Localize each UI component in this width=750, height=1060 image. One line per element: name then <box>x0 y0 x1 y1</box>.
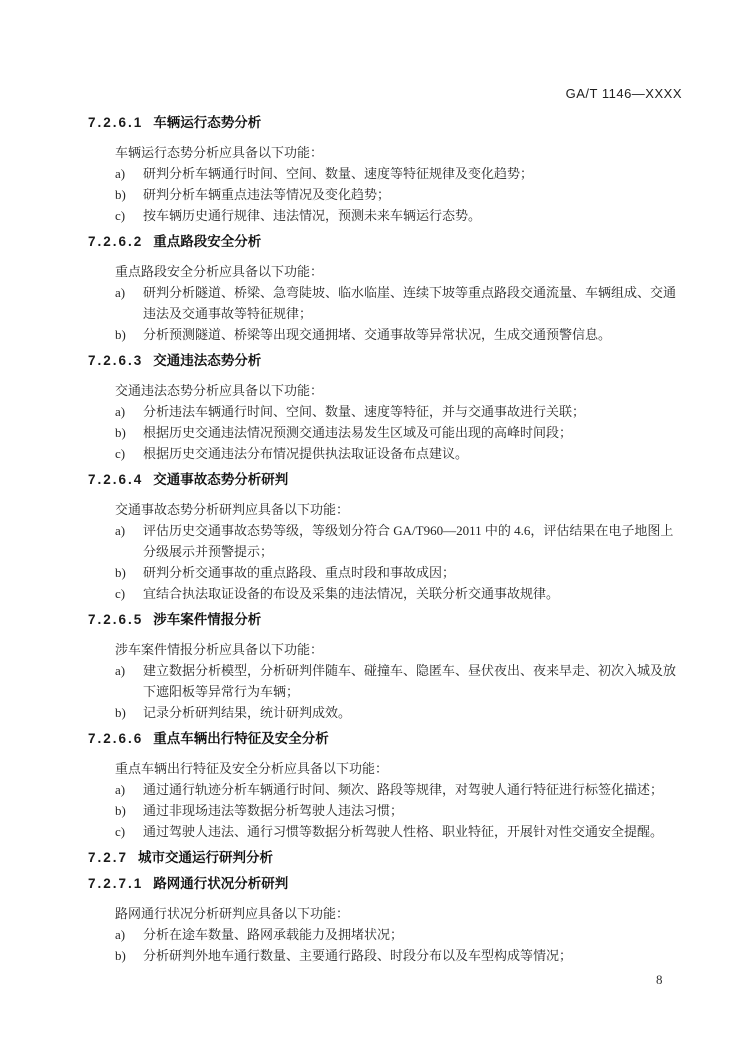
section-items: a) 评估历史交通事故态势等级，等级划分符合 GA/T960—2011 中的 4… <box>115 520 682 604</box>
list-item-label: b) <box>115 422 143 443</box>
section: 7.2.6.1车辆运行态势分析 车辆运行态势分析应具备以下功能： a) 研判分析… <box>88 112 682 226</box>
list-item-text: 宜结合执法取证设备的布设及采集的违法情况，关联分析交通事故规律。 <box>143 583 682 604</box>
section-number: 7.2.6.1 <box>88 115 143 130</box>
list-item-text: 分析违法车辆通行时间、空间、数量、速度等特征，并与交通事故进行关联； <box>143 401 682 422</box>
section-items: a) 研判分析隧道、桥梁、急弯陡坡、临水临崖、连续下坡等重点路段交通流量、车辆组… <box>115 282 682 345</box>
list-item: b) 记录分析研判结果，统计研判成效。 <box>115 702 682 723</box>
list-item: a) 分析在途车数量、路网承载能力及拥堵状况； <box>115 924 682 945</box>
section-title: 交通违法态势分析 <box>153 353 261 368</box>
section-items: a) 研判分析车辆通行时间、空间、数量、速度等特征规律及变化趋势； b) 研判分… <box>115 163 682 226</box>
section-heading: 7.2.6.3交通违法态势分析 <box>88 350 682 371</box>
list-item: b) 分析预测隧道、桥梁等出现交通拥堵、交通事故等异常状况，生成交通预警信息。 <box>115 324 682 345</box>
list-item-text: 根据历史交通违法分布情况提供执法取证设备布点建议。 <box>143 443 682 464</box>
section-intro: 重点路段安全分析应具备以下功能： <box>115 261 682 282</box>
section-items: a) 分析违法车辆通行时间、空间、数量、速度等特征，并与交通事故进行关联； b)… <box>115 401 682 464</box>
list-item-label: b) <box>115 184 143 205</box>
list-item: a) 分析违法车辆通行时间、空间、数量、速度等特征，并与交通事故进行关联； <box>115 401 682 422</box>
section: 7.2.6.2重点路段安全分析 重点路段安全分析应具备以下功能： a) 研判分析… <box>88 226 682 345</box>
section-intro: 交通违法态势分析应具备以下功能： <box>115 380 682 401</box>
list-item-text: 分析预测隧道、桥梁等出现交通拥堵、交通事故等异常状况，生成交通预警信息。 <box>143 324 682 345</box>
list-item: b) 通过非现场违法等数据分析驾驶人违法习惯； <box>115 800 682 821</box>
list-item: a) 研判分析隧道、桥梁、急弯陡坡、临水临崖、连续下坡等重点路段交通流量、车辆组… <box>115 282 682 324</box>
section-items: a) 建立数据分析模型，分析研判伴随车、碰撞车、隐匿车、昼伏夜出、夜来早走、初次… <box>115 660 682 723</box>
list-item-text: 记录分析研判结果，统计研判成效。 <box>143 702 682 723</box>
list-item: a) 研判分析车辆通行时间、空间、数量、速度等特征规律及变化趋势； <box>115 163 682 184</box>
list-item-label: c) <box>115 205 143 226</box>
section-number: 7.2.7.1 <box>88 876 143 891</box>
list-item-label: a) <box>115 163 143 184</box>
section-heading: 7.2.6.5涉车案件情报分析 <box>88 609 682 630</box>
section-number: 7.2.6.3 <box>88 353 143 368</box>
list-item-label: b) <box>115 945 143 966</box>
list-item-text: 研判分析车辆通行时间、空间、数量、速度等特征规律及变化趋势； <box>143 163 682 184</box>
list-item-text: 建立数据分析模型，分析研判伴随车、碰撞车、隐匿车、昼伏夜出、夜来早走、初次入城及… <box>143 660 682 702</box>
section-heading: 7.2.6.4交通事故态势分析研判 <box>88 469 682 490</box>
section-title: 重点车辆出行特征及安全分析 <box>153 731 329 746</box>
document-content: 7.2.6.1车辆运行态势分析 车辆运行态势分析应具备以下功能： a) 研判分析… <box>88 112 682 966</box>
list-item-text: 分析研判外地车通行数量、主要通行路段、时段分布以及车型构成等情况； <box>143 945 682 966</box>
list-item-text: 分析在途车数量、路网承载能力及拥堵状况； <box>143 924 682 945</box>
list-item: c) 根据历史交通违法分布情况提供执法取证设备布点建议。 <box>115 443 682 464</box>
section-number: 7.2.6.4 <box>88 472 143 487</box>
list-item: c) 宜结合执法取证设备的布设及采集的违法情况，关联分析交通事故规律。 <box>115 583 682 604</box>
list-item: a) 评估历史交通事故态势等级，等级划分符合 GA/T960—2011 中的 4… <box>115 520 682 562</box>
list-item-label: b) <box>115 562 143 583</box>
list-item-text: 通过通行轨迹分析车辆通行时间、频次、路段等规律，对驾驶人通行特征进行标签化描述； <box>143 779 682 800</box>
list-item-text: 按车辆历史通行规律、违法情况，预测未来车辆运行态势。 <box>143 205 682 226</box>
section-intro: 涉车案件情报分析应具备以下功能： <box>115 639 682 660</box>
list-item: b) 分析研判外地车通行数量、主要通行路段、时段分布以及车型构成等情况； <box>115 945 682 966</box>
document-header-code: GA/T 1146—XXXX <box>0 86 682 101</box>
section: 7.2.6.5涉车案件情报分析 涉车案件情报分析应具备以下功能： a) 建立数据… <box>88 604 682 723</box>
list-item-text: 通过驾驶人违法、通行习惯等数据分析驾驶人性格、职业特征，开展针对性交通安全提醒。 <box>143 821 682 842</box>
section: 7.2.7.1路网通行状况分析研判 路网通行状况分析研判应具备以下功能： a) … <box>88 868 682 966</box>
list-item: b) 根据历史交通违法情况预测交通违法易发生区域及可能出现的高峰时间段； <box>115 422 682 443</box>
list-item: c) 按车辆历史通行规律、违法情况，预测未来车辆运行态势。 <box>115 205 682 226</box>
section-intro: 交通事故态势分析研判应具备以下功能： <box>115 499 682 520</box>
list-item-label: c) <box>115 821 143 842</box>
section-title: 交通事故态势分析研判 <box>153 472 288 487</box>
section-intro: 车辆运行态势分析应具备以下功能： <box>115 142 682 163</box>
section-heading: 7.2.7城市交通运行研判分析 <box>88 847 682 868</box>
section-items: a) 分析在途车数量、路网承载能力及拥堵状况； b) 分析研判外地车通行数量、主… <box>115 924 682 966</box>
list-item-label: a) <box>115 282 143 324</box>
section-heading: 7.2.7.1路网通行状况分析研判 <box>88 873 682 894</box>
list-item-label: a) <box>115 779 143 800</box>
section-heading: 7.2.6.1车辆运行态势分析 <box>88 112 682 133</box>
list-item-label: b) <box>115 800 143 821</box>
section: 7.2.6.4交通事故态势分析研判 交通事故态势分析研判应具备以下功能： a) … <box>88 464 682 604</box>
section-title: 车辆运行态势分析 <box>153 115 261 130</box>
list-item-text: 评估历史交通事故态势等级，等级划分符合 GA/T960—2011 中的 4.6，… <box>143 520 682 562</box>
section-number: 7.2.7 <box>88 850 128 865</box>
list-item-text: 研判分析车辆重点违法等情况及变化趋势； <box>143 184 682 205</box>
section-intro: 路网通行状况分析研判应具备以下功能： <box>115 903 682 924</box>
document-page: { "document": { "header_code": "GA/T 114… <box>0 0 750 1060</box>
list-item-label: b) <box>115 324 143 345</box>
section-heading: 7.2.6.2重点路段安全分析 <box>88 231 682 252</box>
list-item: a) 建立数据分析模型，分析研判伴随车、碰撞车、隐匿车、昼伏夜出、夜来早走、初次… <box>115 660 682 702</box>
section: 7.2.7城市交通运行研判分析 <box>88 842 682 868</box>
section-title: 城市交通运行研判分析 <box>138 850 273 865</box>
section-number: 7.2.6.6 <box>88 731 143 746</box>
list-item: b) 研判分析交通事故的重点路段、重点时段和事故成因； <box>115 562 682 583</box>
list-item-label: a) <box>115 401 143 422</box>
list-item: a) 通过通行轨迹分析车辆通行时间、频次、路段等规律，对驾驶人通行特征进行标签化… <box>115 779 682 800</box>
list-item: c) 通过驾驶人违法、通行习惯等数据分析驾驶人性格、职业特征，开展针对性交通安全… <box>115 821 682 842</box>
list-item-label: a) <box>115 924 143 945</box>
list-item-text: 研判分析交通事故的重点路段、重点时段和事故成因； <box>143 562 682 583</box>
section-title: 重点路段安全分析 <box>153 234 261 249</box>
section-items: a) 通过通行轨迹分析车辆通行时间、频次、路段等规律，对驾驶人通行特征进行标签化… <box>115 779 682 842</box>
section-title: 路网通行状况分析研判 <box>153 876 288 891</box>
list-item-text: 研判分析隧道、桥梁、急弯陡坡、临水临崖、连续下坡等重点路段交通流量、车辆组成、交… <box>143 282 682 324</box>
list-item-text: 根据历史交通违法情况预测交通违法易发生区域及可能出现的高峰时间段； <box>143 422 682 443</box>
list-item-label: c) <box>115 583 143 604</box>
list-item-label: b) <box>115 702 143 723</box>
section-heading: 7.2.6.6重点车辆出行特征及安全分析 <box>88 728 682 749</box>
list-item-label: a) <box>115 660 143 702</box>
section-intro: 重点车辆出行特征及安全分析应具备以下功能： <box>115 758 682 779</box>
list-item-label: c) <box>115 443 143 464</box>
section-number: 7.2.6.5 <box>88 612 143 627</box>
list-item-text: 通过非现场违法等数据分析驾驶人违法习惯； <box>143 800 682 821</box>
section: 7.2.6.6重点车辆出行特征及安全分析 重点车辆出行特征及安全分析应具备以下功… <box>88 723 682 842</box>
section-title: 涉车案件情报分析 <box>153 612 261 627</box>
page-number: 8 <box>656 971 663 989</box>
section: 7.2.6.3交通违法态势分析 交通违法态势分析应具备以下功能： a) 分析违法… <box>88 345 682 464</box>
section-number: 7.2.6.2 <box>88 234 143 249</box>
list-item-label: a) <box>115 520 143 562</box>
list-item: b) 研判分析车辆重点违法等情况及变化趋势； <box>115 184 682 205</box>
